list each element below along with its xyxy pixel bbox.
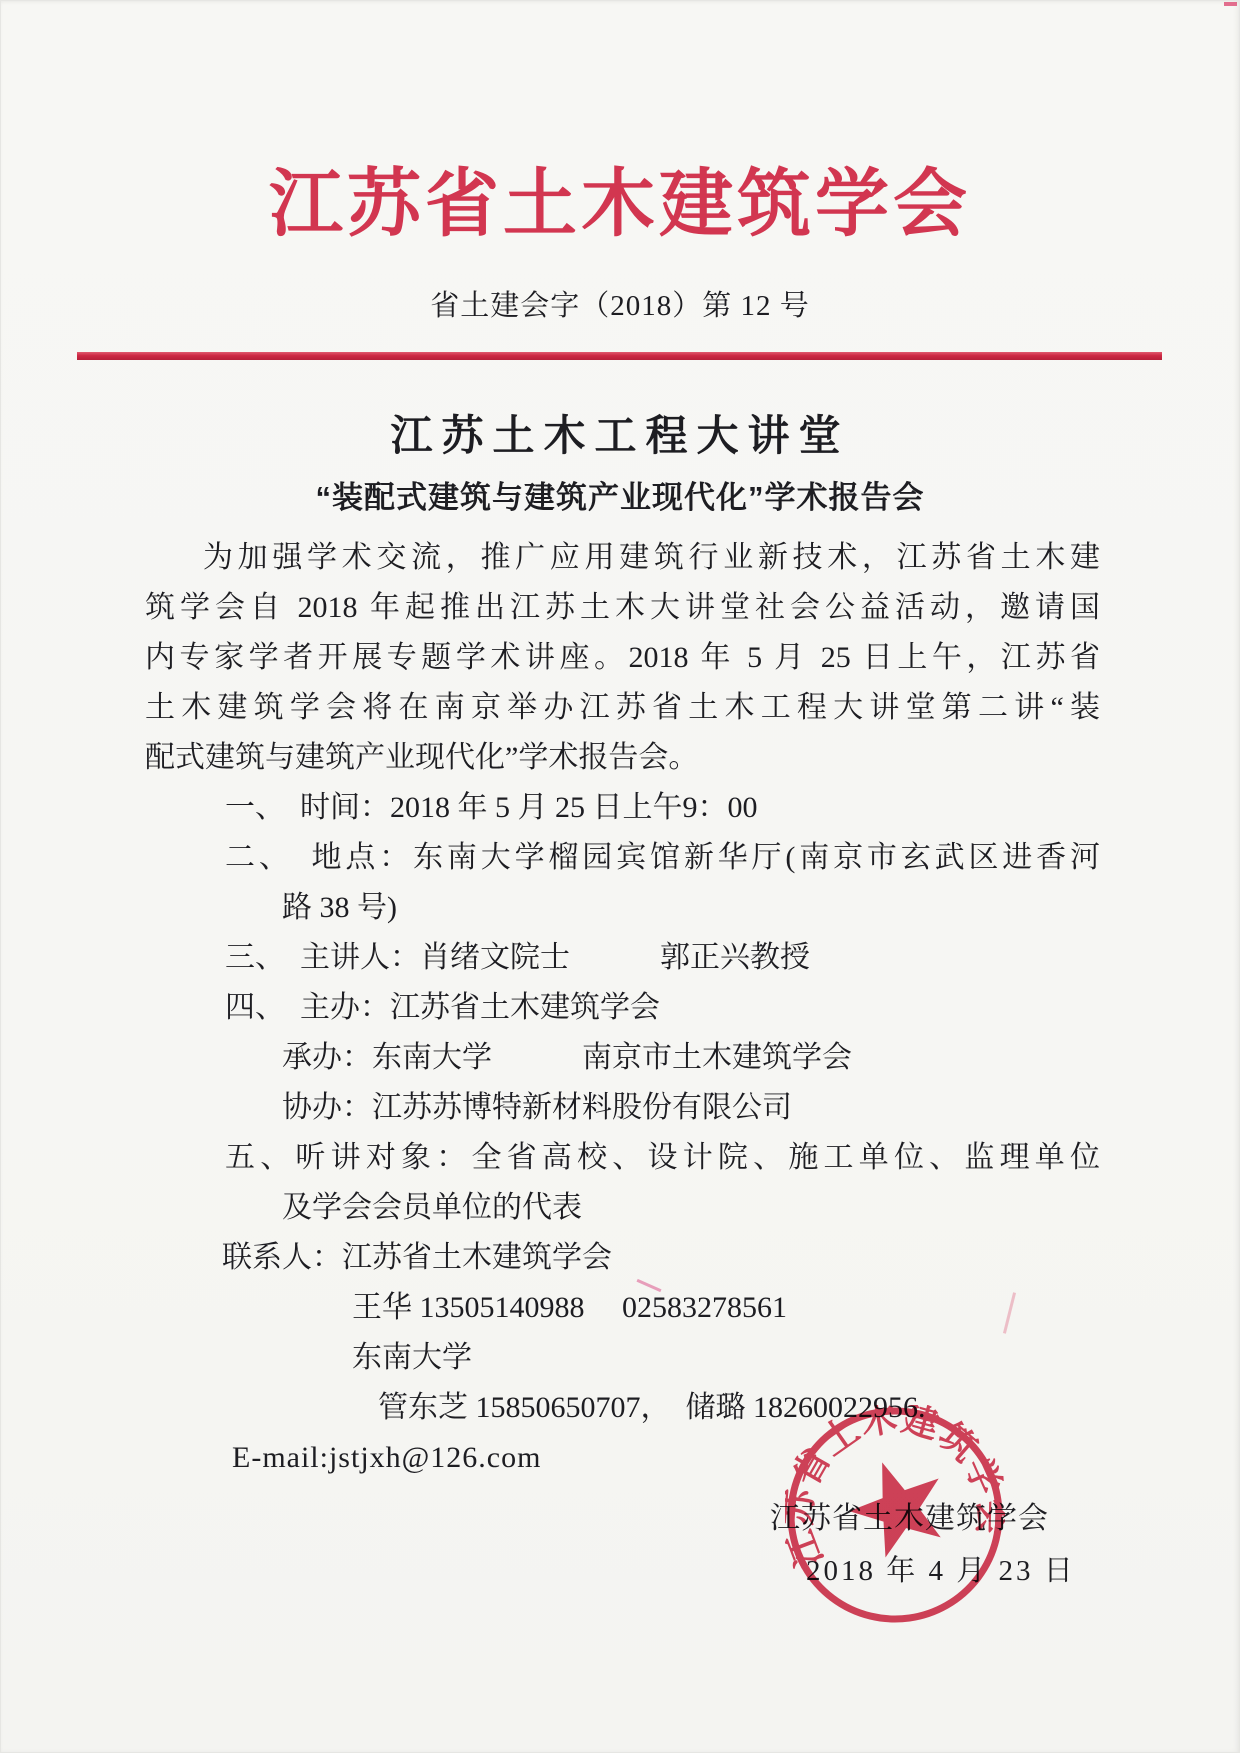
text-line: 协办：江苏苏博特新材料股份有限公司	[282, 1083, 1100, 1133]
text-line: 联系人：江苏省土木建筑学会	[222, 1233, 1100, 1283]
official-seal: 江苏省土木建筑学会	[785, 1405, 1005, 1625]
text-line: 王华 13505140988 02583278561	[352, 1283, 1100, 1333]
red-divider	[77, 352, 1162, 360]
text-line: 为加强学术交流，推广应用建筑行业新技术，江苏省土木建	[145, 533, 1100, 583]
text-line: 及学会会员单位的代表	[282, 1183, 1100, 1233]
document-subtitle: “装配式建筑与建筑产业现代化”学术报告会	[0, 479, 1240, 517]
text-line: 一、 时间：2018 年 5 月 25 日上午9：00	[225, 783, 1100, 833]
text-line: 配式建筑与建筑产业现代化”学术报告会。	[145, 733, 1100, 783]
text-line: 路 38 号)	[282, 883, 1100, 933]
text-line: 二、 地点：东南大学榴园宾馆新华厅(南京市玄武区进香河	[225, 833, 1100, 883]
text-line: 承办：东南大学 南京市土木建筑学会	[282, 1033, 1100, 1083]
text-line: 内专家学者开展专题学术讲座。2018 年 5 月 25 日上午，江苏省	[145, 633, 1100, 683]
scanned-document-page: 江苏省土木建筑学会 省土建会字（2018）第 12 号 江苏土木工程大讲堂 “装…	[0, 0, 1240, 1753]
star-icon	[837, 1446, 957, 1564]
document-title: 江苏土木工程大讲堂	[0, 412, 1240, 460]
text-line: 五、听讲对象：全省高校、设计院、施工单位、监理单位	[225, 1133, 1100, 1183]
org-title: 江苏省土木建筑学会	[0, 163, 1240, 248]
text-line: 东南大学	[352, 1333, 1100, 1383]
body-lines: 为加强学术交流，推广应用建筑行业新技术，江苏省土木建筑学会自 2018 年起推出…	[145, 533, 1100, 1483]
doc-number: 省土建会字（2018）第 12 号	[0, 288, 1240, 324]
text-line: 四、 主办：江苏省土木建筑学会	[225, 983, 1100, 1033]
text-line: 筑学会自 2018 年起推出江苏土木大讲堂社会公益活动，邀请国	[145, 583, 1100, 633]
scan-speck	[1224, 2, 1237, 6]
text-line: 三、 主讲人：肖绪文院士 郭正兴教授	[225, 933, 1100, 983]
text-line: 土木建筑学会将在南京举办江苏省土木工程大讲堂第二讲“装	[145, 683, 1100, 733]
